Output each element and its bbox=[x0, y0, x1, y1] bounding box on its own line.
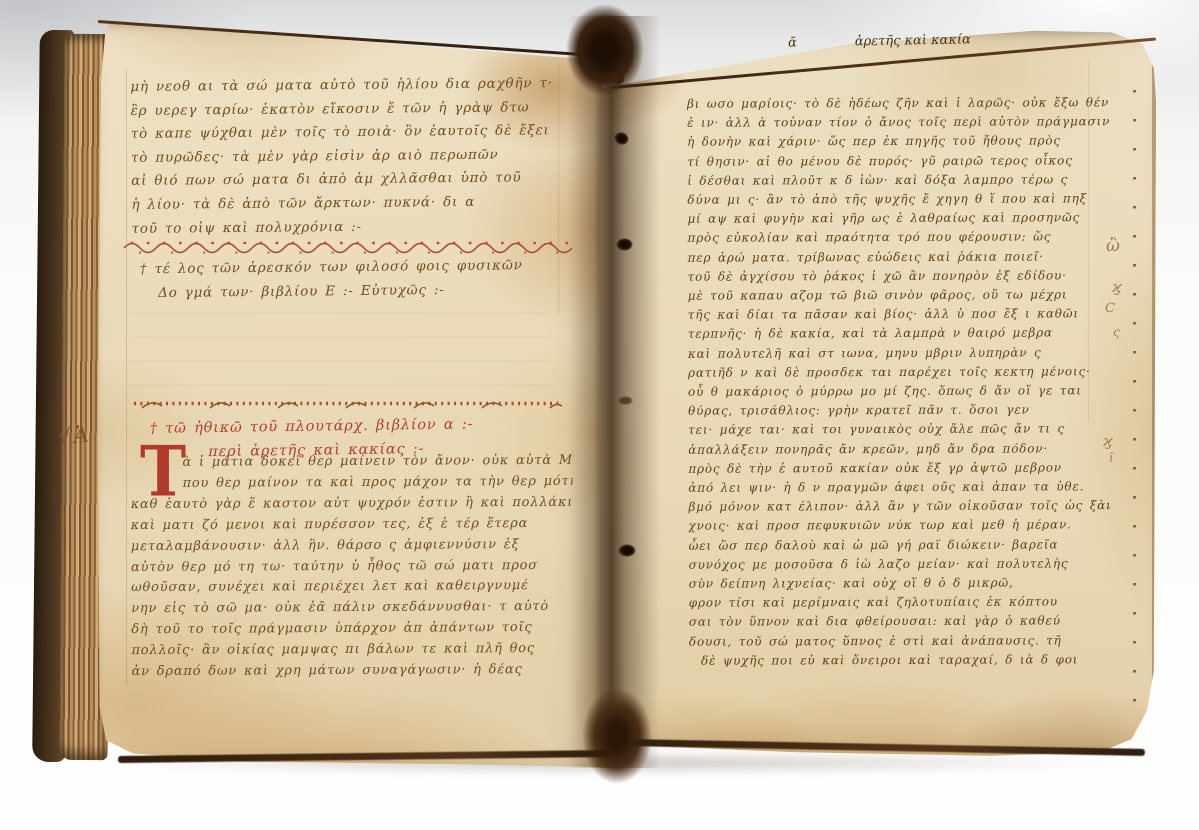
spine-top-knot bbox=[566, 4, 644, 96]
left-top-text-block: μὴ νεοθ αι τὰ σώ ματα αὐτὸ τοῦ ἡλίου δια… bbox=[130, 72, 573, 241]
red-wavy-separator bbox=[122, 240, 577, 255]
header-title: ἀρετῆς καὶ κακία bbox=[855, 32, 971, 49]
manuscript-line: οὗ θ μακάριος ὁ μύρρω μο μί ζης. ὅπως δ … bbox=[688, 381, 1110, 402]
manuscript-line: ἰ δέσθαι καὶ πλοῦτ κ δ ἱὼν· καὶ δόξα λαμ… bbox=[687, 170, 1109, 191]
manuscript-line: ἀπό λει ψιν· ἡ δ ν πραγμῶν ἀφει οῦς καὶ … bbox=[688, 477, 1110, 498]
manuscript-line: φρον τίσι καὶ μερίμναις καὶ ζηλοτυπίαις … bbox=[689, 593, 1111, 614]
manuscript-line: ἡ δονὴν καὶ χάριν· ὥς περ ἐκ πηγῆς τοῦ ἤ… bbox=[687, 132, 1109, 153]
margin-mark: ῑ bbox=[1109, 451, 1114, 465]
manuscript-line: θύρας, τρισάθλιος: γρὴν κρατεῖ πᾶν τ. ὅσ… bbox=[688, 401, 1110, 422]
manuscript-line: μεταλαμβάνουσιν· ἀλλ ἣν. θάρσο ς ἀμφιενν… bbox=[131, 534, 573, 557]
colophon-block: † τέ λος τῶν ἀρεσκόν των φιλοσό φοις φυσ… bbox=[140, 254, 570, 306]
manuscript-line: αὐτὸν θερ μό τη τω· ταύτην ὑ ἦθος τῶ σώ … bbox=[131, 555, 573, 578]
right-main-text-block: βι ωσο μαρίοις· τὸ δὲ ἡδέως ζῆν καὶ ἱ λα… bbox=[687, 93, 1111, 671]
manuscript-line: πρὸς εὐκολίαν καὶ πραότητα τρό που φέρου… bbox=[687, 228, 1109, 249]
margin-mark: Ϲ bbox=[1105, 301, 1115, 316]
manuscript-line: χνοις· καὶ προσ πεφυκυιῶν νύκ τωρ καὶ με… bbox=[688, 516, 1110, 537]
manuscript-line: καὶ ματι ζό μενοι καὶ πυρέσσον τες, ἐξ ἑ… bbox=[131, 514, 573, 537]
manuscript-line: βι ωσο μαρίοις· τὸ δὲ ἡδέως ζῆν καὶ ἱ λα… bbox=[687, 93, 1109, 114]
manuscript-line: συνόχος με μοσοῦσα δ ἰὼ λαζο μείαν· καὶ … bbox=[689, 554, 1111, 575]
colophon-line: Δο γμά των· βιβλίου Ε :- Εὐτυχῶς :- bbox=[158, 277, 570, 305]
spine-bottom-shadow bbox=[582, 688, 652, 784]
colophon-line: † τέ λος τῶν ἀρεσκόν των φιλοσό φοις φυσ… bbox=[140, 254, 570, 282]
manuscript-line: καθ ἑαυτὸ γὰρ ἕ καστον αὐτ ψυχρόν ἐστιν … bbox=[131, 493, 573, 516]
manuscript-line: τει· μάχε ται· καὶ τοι γυναικὸς οὐχ ἅλε … bbox=[688, 420, 1110, 441]
manuscript-line: νην εἰς τὸ σῶ μα· οὐκ ἐᾶ πάλιν σκεδάννυσ… bbox=[131, 597, 573, 620]
manuscript-line: αἰ θιό πων σώ ματα δι ἀπὸ ἀμ χλλᾶσθαι ὑπ… bbox=[131, 166, 573, 193]
manuscript-line: πολλοῖς· ἂν οἰκίας μαμψας πι βάλων τε κα… bbox=[131, 639, 573, 662]
manuscript-line: μί αψ καὶ φυγὴν καὶ γῆρ ως ἐ λαθραίως κα… bbox=[687, 208, 1109, 229]
manuscript-line: ἐ ιν· ἀλλ ὰ τοὐναν τίον ὁ ἄνος τοῖς περὶ… bbox=[687, 112, 1109, 133]
manuscript-line: σαι τὸν ὕπνον καὶ δια φθείρουσαι: καὶ γὰ… bbox=[689, 612, 1111, 633]
manuscript-line: δὲ ψυχῆς ποι εὐ καὶ ὄνειροι καὶ ταραχαί,… bbox=[701, 650, 1111, 671]
photo-backdrop: μὴ νεοθ αι τὰ σώ ματα αὐτὸ τοῦ ἡλίου δια… bbox=[0, 0, 1199, 830]
manuscript-line: τερπνῆς· ἡ δὲ κακία, καὶ τὰ λαμπρὰ ν θαι… bbox=[688, 324, 1110, 345]
manuscript-line: καὶ πολυτελῆ καὶ στ ιωνα, μηνυ μβριν λυπ… bbox=[688, 343, 1110, 364]
margin-mark: ὢ bbox=[1106, 236, 1120, 256]
manuscript-line: πρὸς δὲ τὴν ἑ αυτοῦ κακίαν οὐκ ἔξ γρ ἀψτ… bbox=[688, 458, 1110, 479]
margin-rule-left bbox=[126, 70, 127, 685]
prick-marks bbox=[1133, 90, 1136, 712]
manuscript-line: περ ἀρώ ματα. τρίβωνας εὐώδεις καὶ ῥάκια… bbox=[688, 247, 1110, 268]
left-main-text-block: ὰ ἱ μάτια δοκεῖ θερ μαίνειν τὸν ἄνον· οὐ… bbox=[130, 451, 573, 683]
manuscript-line: ἀν δραπό δων καὶ χρη μάτων συναγάγωσιν· … bbox=[131, 660, 573, 683]
manuscript-line: τί θησιν· αἰ θο μένου δὲ πυρός· γῦ ραιρῶ… bbox=[687, 151, 1109, 172]
manuscript-line: δύνα μι ς· ἂν τὸ ἀπὸ τῆς ψυχῆς ἔ χηγη θ … bbox=[687, 189, 1109, 210]
manuscript-line: ωθοῦσαν, συνέχει καὶ περιέχει λετ καὶ κα… bbox=[131, 576, 573, 599]
manuscript-line: μὲ τοῦ καπαυ αζομ τῶ βιῶ σινὸν φᾶρος, οὕ… bbox=[688, 285, 1110, 306]
margin-mark: ϗ bbox=[1103, 432, 1112, 450]
manuscript-line: ρατιῆδ ν καὶ δὲ προσδεκ ται παρέχει τοῖς… bbox=[688, 362, 1110, 383]
manuscript-line: ὦει ὥσ περ δαλοὺ καὶ ὠ μῶ γή ραϊ διώκειν… bbox=[689, 535, 1111, 556]
manuscript-line: ἀπαλλάξειν πονηρᾶς ἄν κρεῶν, μηδ ἄν δρα … bbox=[688, 439, 1110, 460]
manuscript-line: βμό μόνον κατ έλιπον· ἀλλ ἂν γ τῶν οἰκοῦ… bbox=[688, 497, 1110, 518]
manuscript-line: τοῦ το οἰψ καὶ πολυχρόνια :- bbox=[132, 214, 574, 241]
running-header: ᾱ ἀρετῆς καὶ κακία bbox=[788, 32, 971, 50]
margin-mark: ς bbox=[1113, 325, 1120, 339]
manuscript-line: δὴ τοῦ το τοῖς πράγμασιν ὑπάρχον ἀπ ἁπάν… bbox=[131, 618, 573, 641]
manuscript-line: σὺν δείπνη λιχνείας· καὶ οὐχ οἵ θ ὁ δ μι… bbox=[689, 573, 1111, 594]
red-ornament-band bbox=[128, 398, 568, 412]
ink-bleedthrough bbox=[130, 312, 550, 396]
manuscript-line: μὴ νεοθ αι τὰ σώ ματα αὐτὸ τοῦ ἡλίου δια… bbox=[130, 72, 572, 99]
margin-mark: ϗ bbox=[1112, 278, 1121, 296]
manuscript-line: τοῦ δὲ ἀγχίσου τὸ ῥάκος ἰ χῶ ἂν πονηρὸν … bbox=[688, 266, 1110, 287]
manuscript-line: που θερ μαίνον τα καὶ προς μάχον τα τὴν … bbox=[183, 472, 573, 495]
manuscript-line: δουσι, τοῦ σώ ματος ὕπνος ἐ στὶ καὶ ἀνάπ… bbox=[689, 631, 1111, 652]
manuscript-line: ὰ ἱ μάτια δοκεῖ θερ μαίνειν τὸν ἄνον· οὐ… bbox=[182, 451, 572, 474]
nota-margin-mark: √Ἀ bbox=[57, 422, 92, 449]
manuscript-line: τὸ καπε ψύχθαι μὲν τοῖς τὸ ποιὰ· ὃν ἑαυτ… bbox=[131, 119, 573, 146]
manuscript-line: τῆς καὶ δίαι τα πᾶσαν καὶ βίος· ἀλλ ὑ πο… bbox=[688, 304, 1110, 325]
header-quire-number: ᾱ bbox=[788, 35, 797, 50]
